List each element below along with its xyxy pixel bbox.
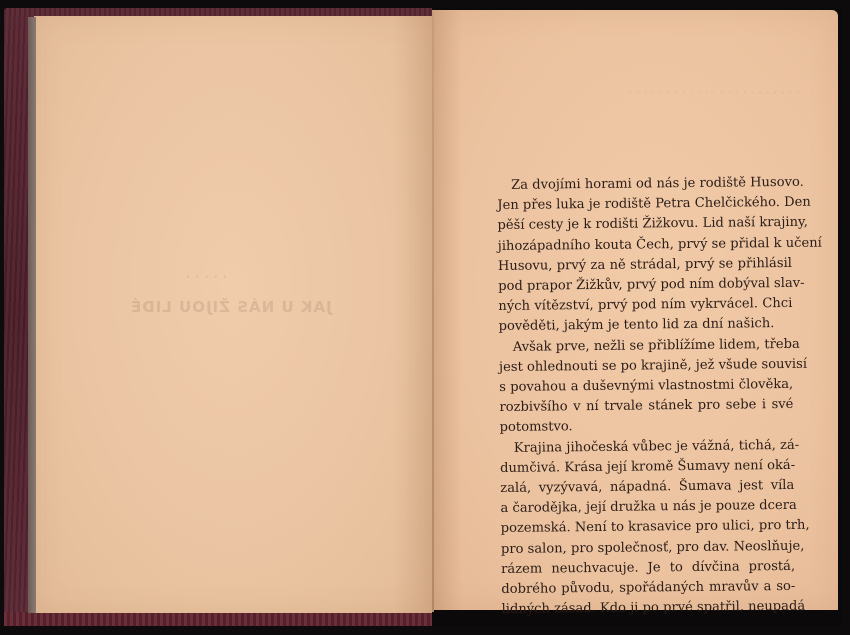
text-line: pozemská. Není to krasavice pro ulici, p… xyxy=(501,516,795,539)
left-page-show-through-title: JAK U NÁS ŽIJOU LIDÉ xyxy=(130,298,332,316)
text-line: Krajina jihočeská vůbec je vážná, tichá,… xyxy=(500,436,794,459)
text-line: lidných zásad. Kdo ji po prvé spatřil, n… xyxy=(501,597,795,620)
text-line: pověděti, jakým je tento lid za dní naši… xyxy=(498,314,792,337)
book-gutter xyxy=(432,12,434,612)
text-line: rozbivšího v ní trvale stánek pro sebe i… xyxy=(499,395,793,418)
book-photo: · · · · · JAK U NÁS ŽIJOU LIDÉ · · · · ·… xyxy=(0,0,850,635)
left-page-edge xyxy=(28,17,36,613)
right-page-show-through: · · · · · · · · · · · · · · · · · · · · … xyxy=(500,86,800,100)
left-page-show-through-subtitle: · · · · · xyxy=(185,272,227,283)
text-line: jihozápadního kouta Čech, prvý se přidal… xyxy=(498,234,792,257)
text-line: Avšak prve, nežli se přiblížíme lidem, t… xyxy=(499,335,793,358)
right-page-text: Za dvojími horami od nás je rodiště Huso… xyxy=(497,173,796,621)
text-line: pěší cesty je k rodišti Žižkovu. Lid naš… xyxy=(497,213,791,236)
book-cover-bottom-edge xyxy=(4,612,432,626)
